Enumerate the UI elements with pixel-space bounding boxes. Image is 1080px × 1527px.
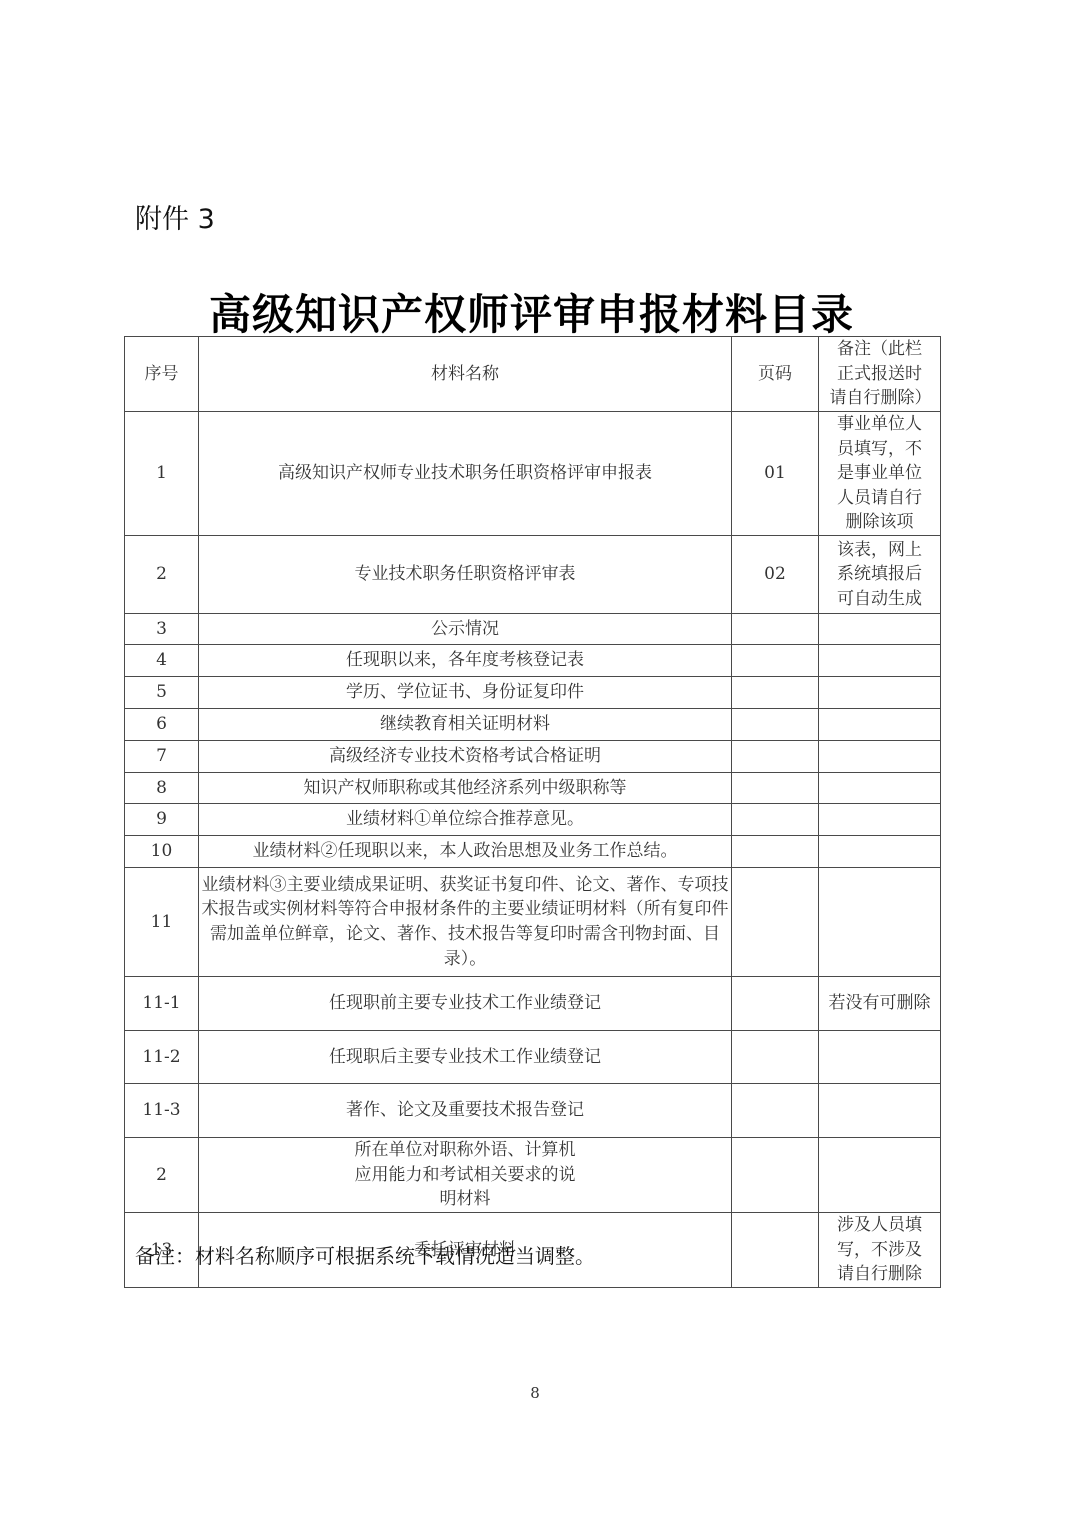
- row-page: [732, 1213, 819, 1288]
- row-remark-text: 该表，网上系统填报后可自动生成: [830, 538, 930, 612]
- row-remark: [819, 1084, 941, 1138]
- table-row: 4 任现职以来，各年度考核登记表: [125, 645, 941, 677]
- row-remark: [819, 741, 941, 773]
- row-no: 6: [125, 709, 199, 741]
- table-row: 8 知识产权师职称或其他经济系列中级职称等: [125, 773, 941, 804]
- row-remark: [819, 773, 941, 804]
- row-name: 任现职以来，各年度考核登记表: [199, 645, 732, 677]
- row-name: 所在单位对职称外语、计算机应用能力和考试相关要求的说明材料: [199, 1138, 732, 1213]
- row-remark: [819, 1031, 941, 1084]
- materials-table: 序号 材料名称 页码 备注（此栏正式报送时请自行删除） 1 高级知识产权师专业技…: [124, 336, 941, 1288]
- table-row: 11-1 任现职前主要专业技术工作业绩登记 若没有可删除: [125, 977, 941, 1031]
- page-number: 8: [0, 1384, 1070, 1402]
- row-no: 11-2: [125, 1031, 199, 1084]
- row-remark: [819, 614, 941, 645]
- row-remark: 若没有可删除: [819, 977, 941, 1031]
- row-name: 高级知识产权师专业技术职务任职资格评审申报表: [199, 411, 732, 535]
- table-row: 2 专业技术职务任职资格评审表 02 该表，网上系统填报后可自动生成: [125, 536, 941, 614]
- row-page: [732, 645, 819, 677]
- row-no: 2: [125, 1138, 199, 1213]
- table-row: 6 继续教育相关证明材料: [125, 709, 941, 741]
- row-page: [732, 1031, 819, 1084]
- row-name: 任现职后主要专业技术工作业绩登记: [199, 1031, 732, 1084]
- row-name: 专业技术职务任职资格评审表: [199, 536, 732, 614]
- row-page: [732, 614, 819, 645]
- row-name: 学历、学位证书、身份证复印件: [199, 677, 732, 709]
- footnote: 备注：材料名称顺序可根据系统下载情况适当调整。: [135, 1240, 595, 1269]
- row-page: [732, 836, 819, 868]
- row-no: 1: [125, 411, 199, 535]
- row-no: 11-3: [125, 1084, 199, 1138]
- row-name: 高级经济专业技术资格考试合格证明: [199, 741, 732, 773]
- row-page: 02: [732, 536, 819, 614]
- table-header-row: 序号 材料名称 页码 备注（此栏正式报送时请自行删除）: [125, 337, 941, 412]
- attachment-label: 附件 3: [135, 197, 215, 236]
- row-page: [732, 804, 819, 836]
- document-title: 高级知识产权师评审申报材料目录: [124, 282, 939, 342]
- table-row: 10 业绩材料②任现职以来，本人政治思想及业务工作总结。: [125, 836, 941, 868]
- row-name: 继续教育相关证明材料: [199, 709, 732, 741]
- row-page: [732, 1138, 819, 1213]
- row-page: [732, 677, 819, 709]
- row-no: 7: [125, 741, 199, 773]
- row-remark: 涉及人员填写，不涉及请自行删除: [819, 1213, 941, 1288]
- header-name: 材料名称: [199, 337, 732, 412]
- row-page: [732, 773, 819, 804]
- row-remark-text: 涉及人员填写，不涉及请自行删除: [830, 1213, 930, 1287]
- row-name: 业绩材料②任现职以来，本人政治思想及业务工作总结。: [199, 836, 732, 868]
- row-name: 著作、论文及重要技术报告登记: [199, 1084, 732, 1138]
- row-name: 任现职前主要专业技术工作业绩登记: [199, 977, 732, 1031]
- row-name: 业绩材料③主要业绩成果证明、获奖证书复印件、论文、著作、专项技术报告或实例材料等…: [199, 868, 732, 977]
- row-page: [732, 1084, 819, 1138]
- row-remark: [819, 1138, 941, 1213]
- row-no: 8: [125, 773, 199, 804]
- row-no: 9: [125, 804, 199, 836]
- row-no: 2: [125, 536, 199, 614]
- row-name: 公示情况: [199, 614, 732, 645]
- header-remark: 备注（此栏正式报送时请自行删除）: [819, 337, 941, 412]
- row-name: 业绩材料①单位综合推荐意见。: [199, 804, 732, 836]
- row-remark: [819, 645, 941, 677]
- row-no: 11: [125, 868, 199, 977]
- row-page: [732, 741, 819, 773]
- row-no: 5: [125, 677, 199, 709]
- table-row: 9 业绩材料①单位综合推荐意见。: [125, 804, 941, 836]
- row-no: 10: [125, 836, 199, 868]
- row-remark: [819, 804, 941, 836]
- header-no: 序号: [125, 337, 199, 412]
- row-page: [732, 977, 819, 1031]
- row-page: [732, 709, 819, 741]
- row-remark-text: 事业单位人员填写，不是事业单位人员请自行删除该项: [830, 412, 930, 535]
- row-name: 知识产权师职称或其他经济系列中级职称等: [199, 773, 732, 804]
- table-row: 3 公示情况: [125, 614, 941, 645]
- row-remark: [819, 677, 941, 709]
- row-remark: [819, 868, 941, 977]
- table-row: 11-2 任现职后主要专业技术工作业绩登记: [125, 1031, 941, 1084]
- row-page: [732, 868, 819, 977]
- row-remark: [819, 709, 941, 741]
- table-row: 7 高级经济专业技术资格考试合格证明: [125, 741, 941, 773]
- table-row: 11 业绩材料③主要业绩成果证明、获奖证书复印件、论文、著作、专项技术报告或实例…: [125, 868, 941, 977]
- row-remark: 该表，网上系统填报后可自动生成: [819, 536, 941, 614]
- row-page: 01: [732, 411, 819, 535]
- table-row: 1 高级知识产权师专业技术职务任职资格评审申报表 01 事业单位人员填写，不是事…: [125, 411, 941, 535]
- row-remark: 事业单位人员填写，不是事业单位人员请自行删除该项: [819, 411, 941, 535]
- row-remark: [819, 836, 941, 868]
- table-row: 11-3 著作、论文及重要技术报告登记: [125, 1084, 941, 1138]
- header-remark-text: 备注（此栏正式报送时请自行删除）: [830, 337, 930, 411]
- row-no: 3: [125, 614, 199, 645]
- row-no: 4: [125, 645, 199, 677]
- table-row: 5 学历、学位证书、身份证复印件: [125, 677, 941, 709]
- header-page: 页码: [732, 337, 819, 412]
- row-no: 11-1: [125, 977, 199, 1031]
- table-row: 2 所在单位对职称外语、计算机应用能力和考试相关要求的说明材料: [125, 1138, 941, 1213]
